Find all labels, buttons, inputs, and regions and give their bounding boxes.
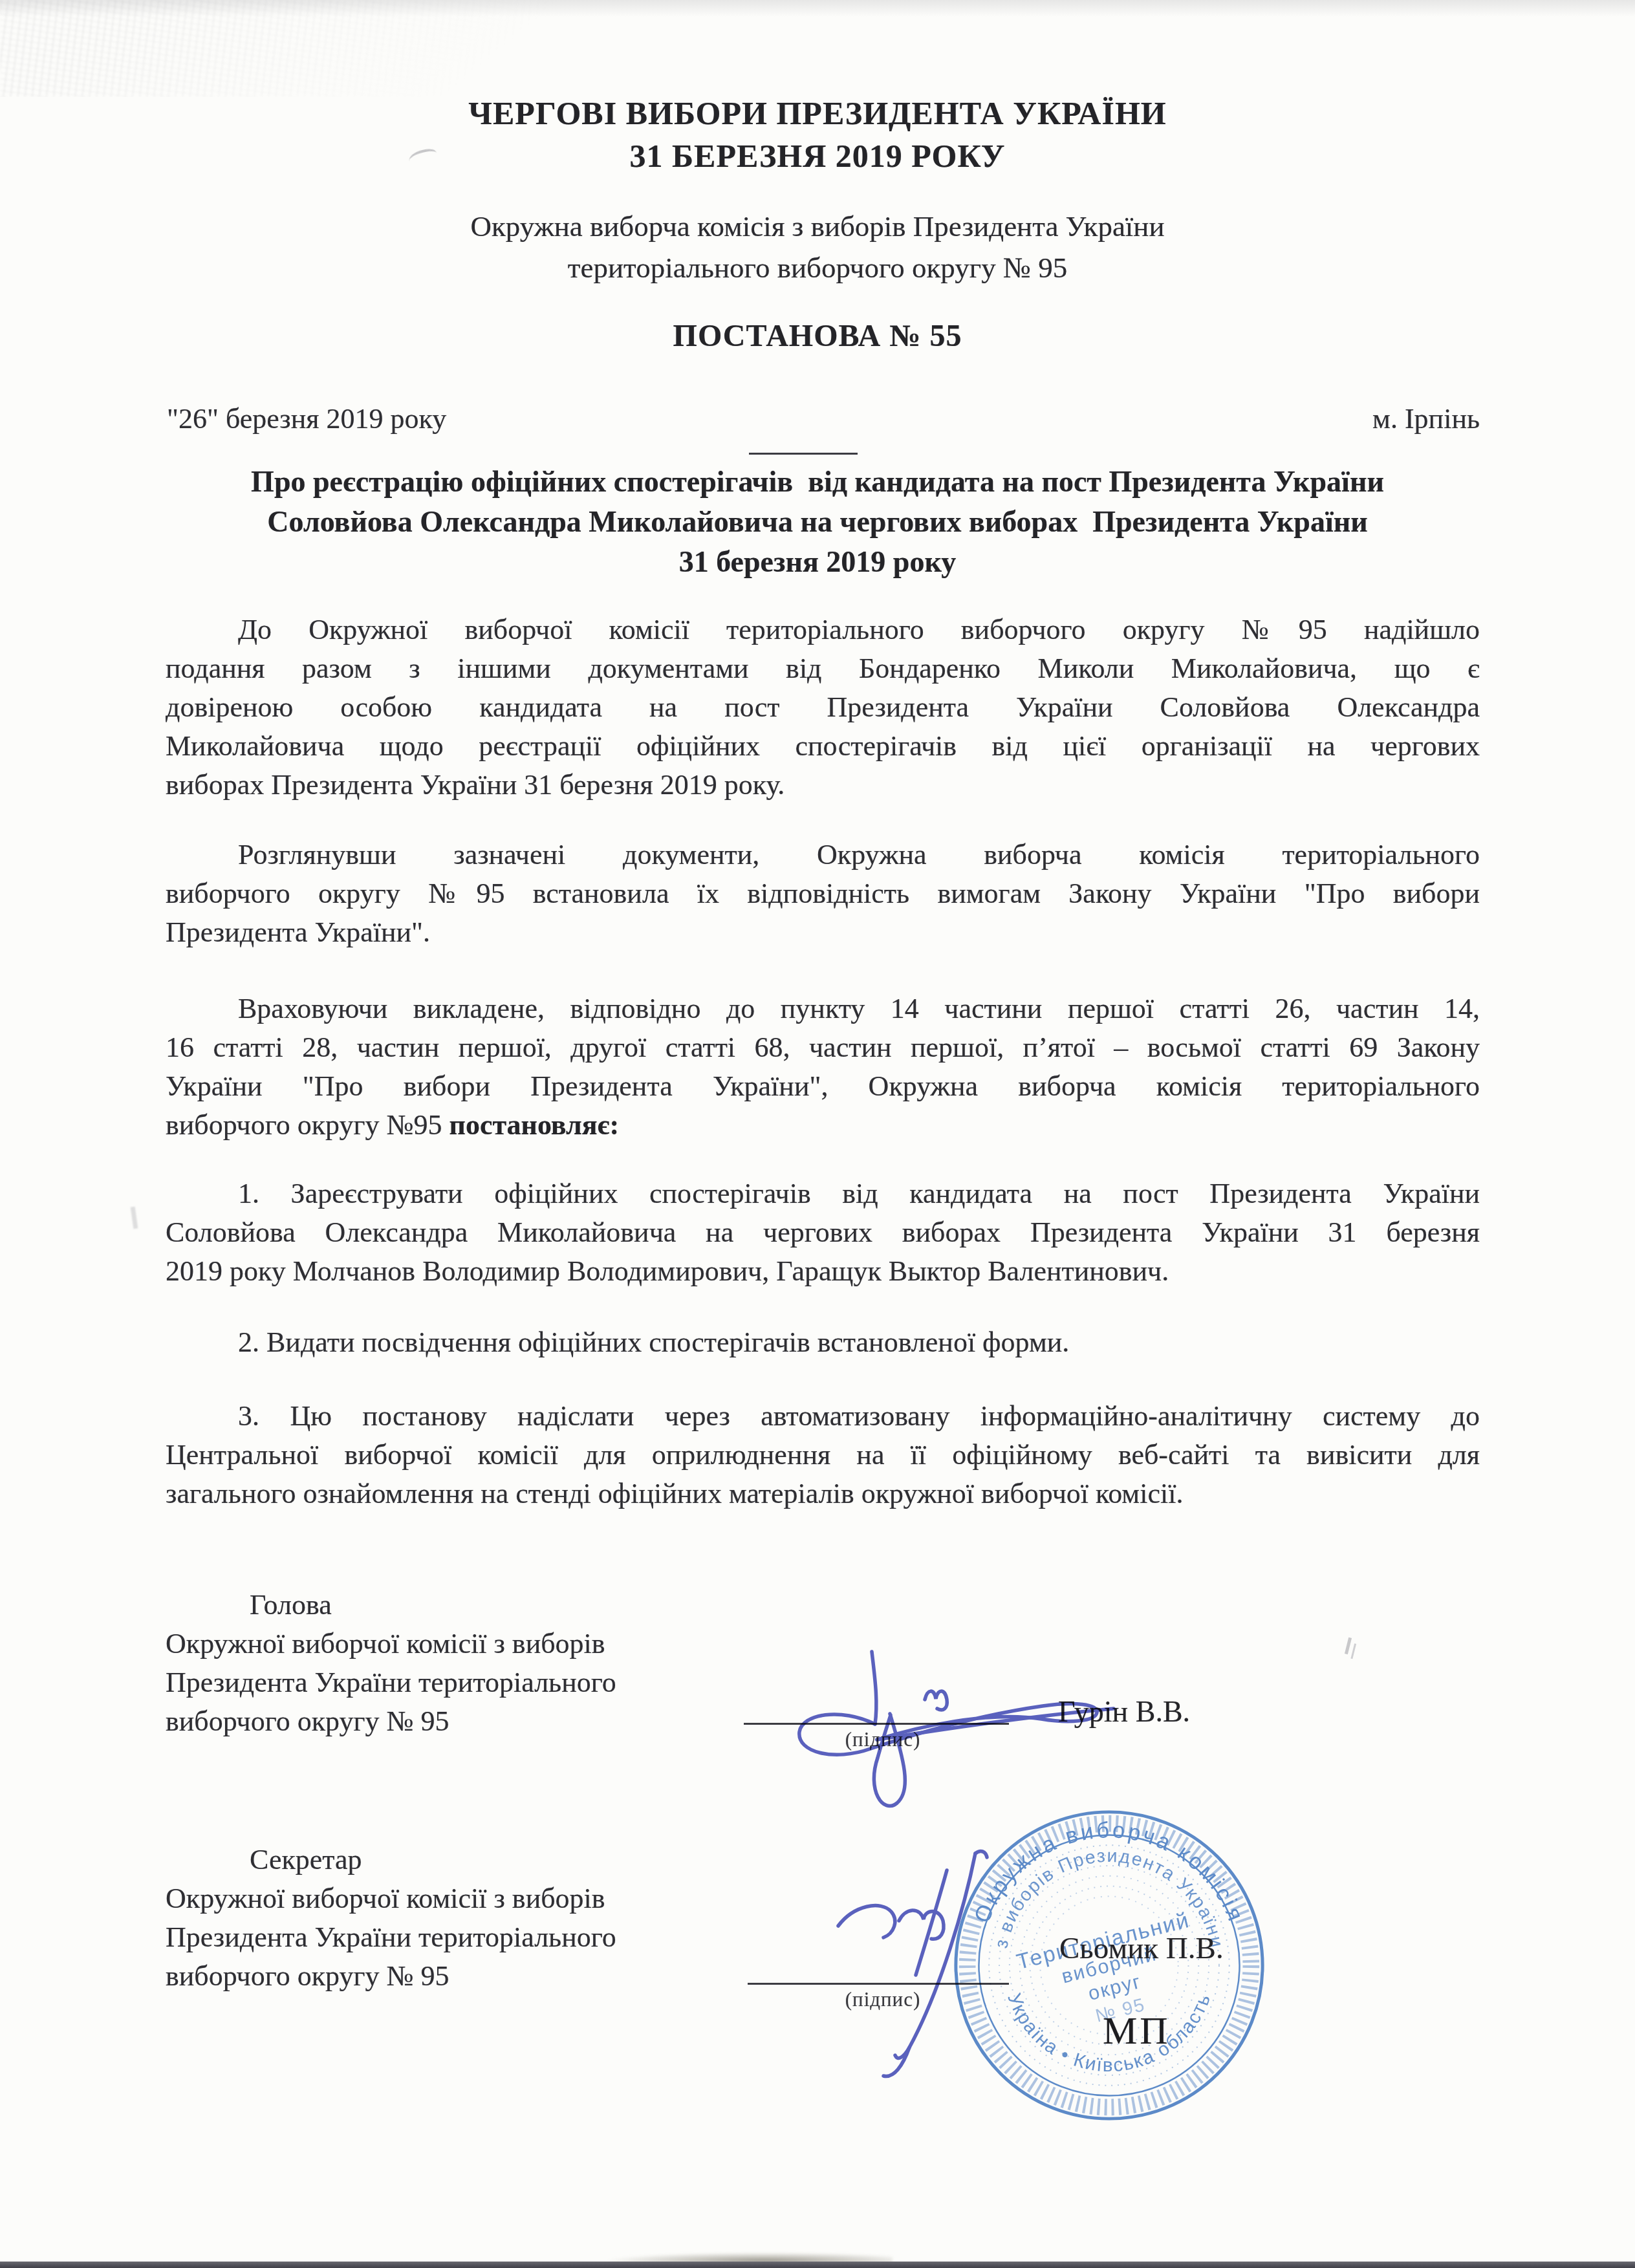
head-role-block: Голова Окружної виборчої комісії з вибор… [166, 1586, 748, 1741]
item-3: 3. Цю постанову надіслати через автомати… [166, 1397, 1480, 1513]
secretary-role-title: Секретар [166, 1841, 748, 1879]
secretary-signatory-name: Сьомик П.В. [1059, 1931, 1224, 1966]
head-role-line-2: Окружної виборчої комісії з виборів [166, 1625, 748, 1663]
paragraph-3-line-4-bold: постановляє: [449, 1109, 620, 1141]
item-2-line-1: 2. Видати посвідчення офіційних спостері… [166, 1323, 1480, 1362]
item-1: 1. Зареєструвати офіційних спостерігачів… [166, 1174, 1480, 1291]
paragraph-1-line-4: Миколайовича щодо реєстрації офіційних с… [166, 727, 1480, 766]
date-blank-line [749, 453, 858, 455]
secretary-role-line-3: Президента України територіального [166, 1918, 748, 1957]
item-3-line-2: Центральної виборчої комісії для оприлюд… [166, 1436, 1480, 1474]
paragraph-3-line-4-normal: виборчого округу №95 [166, 1109, 449, 1141]
item-1-line-2: Соловйова Олександра Миколайовича на чер… [166, 1213, 1480, 1252]
paragraph-2-line-3: Президента України". [166, 913, 1480, 952]
paragraph-3-line-4: виборчого округу №95 постановляє: [166, 1106, 1480, 1145]
paragraph-3: Враховуючи викладене, відповідно до пунк… [166, 989, 1480, 1145]
paragraph-1-line-2: подання разом з іншими документами від Б… [166, 649, 1480, 688]
paragraph-1-line-5: виборах Президента України 31 березня 20… [166, 766, 1480, 805]
secretary-signature-ink [802, 1848, 1074, 2088]
stamp-place-label: МП [1103, 2009, 1171, 2053]
scan-edge-top [0, 0, 1635, 17]
secretary-role-block: Секретар Окружної виборчої комісії з виб… [166, 1841, 748, 1996]
subject-line-3: 31 березня 2019 року [0, 545, 1635, 579]
commission-line-2: територіального виборчого округу № 95 [0, 251, 1635, 285]
paragraph-2-line-1: Розглянувши зазначені документи, Окружна… [166, 836, 1480, 874]
paragraph-3-line-1: Враховуючи викладене, відповідно до пунк… [166, 989, 1480, 1028]
secretary-role-line-2: Окружної виборчої комісії з виборів [166, 1879, 748, 1918]
head-signature-ink [763, 1637, 1125, 1811]
paragraph-3-line-3: України "Про вибори Президента України",… [166, 1067, 1480, 1106]
scan-smudge-artifact [1345, 1637, 1352, 1654]
resolution-place: м. Ірпінь [1229, 402, 1480, 435]
subject-line-2: Соловйова Олександра Миколайовича на чер… [0, 504, 1635, 539]
scan-edge-bottom [0, 2262, 1635, 2268]
paragraph-2-line-2: виборчого округу №95 встановила їх відпо… [166, 874, 1480, 913]
head-role-line-4: виборчого округу № 95 [166, 1702, 748, 1741]
subject-line-1: Про реєстрацію офіційних спостерігачів в… [0, 464, 1635, 499]
paragraph-2: Розглянувши зазначені документи, Окружна… [166, 836, 1480, 952]
scan-smudge-artifact [131, 1207, 138, 1229]
head-role-line-3: Президента України територіального [166, 1663, 748, 1702]
resolution-title: ПОСТАНОВА № 55 [0, 318, 1635, 354]
secretary-role-line-4: виборчого округу № 95 [166, 1957, 748, 1996]
item-2: 2. Видати посвідчення офіційних спостері… [166, 1323, 1480, 1362]
scanned-document-page: ЧЕРГОВІ ВИБОРИ ПРЕЗИДЕНТА УКРАЇНИ 31 БЕР… [0, 0, 1635, 2268]
paragraph-3-line-2: 16 статті 28, частин першої, другої стат… [166, 1028, 1480, 1067]
paragraph-1: До Окружної виборчої комісії територіаль… [166, 610, 1480, 805]
paragraph-1-line-1: До Окружної виборчої комісії територіаль… [166, 610, 1480, 649]
head-role-title: Голова [166, 1586, 748, 1625]
item-3-line-1: 3. Цю постанову надіслати через автомати… [166, 1397, 1480, 1436]
commission-line-1: Окружна виборча комісія з виборів Презид… [0, 210, 1635, 243]
doc-title-line-2: 31 БЕРЕЗНЯ 2019 РОКУ [0, 137, 1635, 175]
item-1-line-3: 2019 року Молчанов Володимир Володимиров… [166, 1252, 1480, 1291]
paragraph-1-line-3: довіреною особою кандидата на пост Прези… [166, 688, 1480, 727]
doc-title-line-1: ЧЕРГОВІ ВИБОРИ ПРЕЗИДЕНТА УКРАЇНИ [0, 94, 1635, 132]
resolution-date: "26" березня 2019 року [167, 402, 446, 435]
item-3-line-3: загального ознайомлення на стенді офіцій… [166, 1474, 1480, 1513]
item-1-line-1: 1. Зареєструвати офіційних спостерігачів… [166, 1174, 1480, 1213]
